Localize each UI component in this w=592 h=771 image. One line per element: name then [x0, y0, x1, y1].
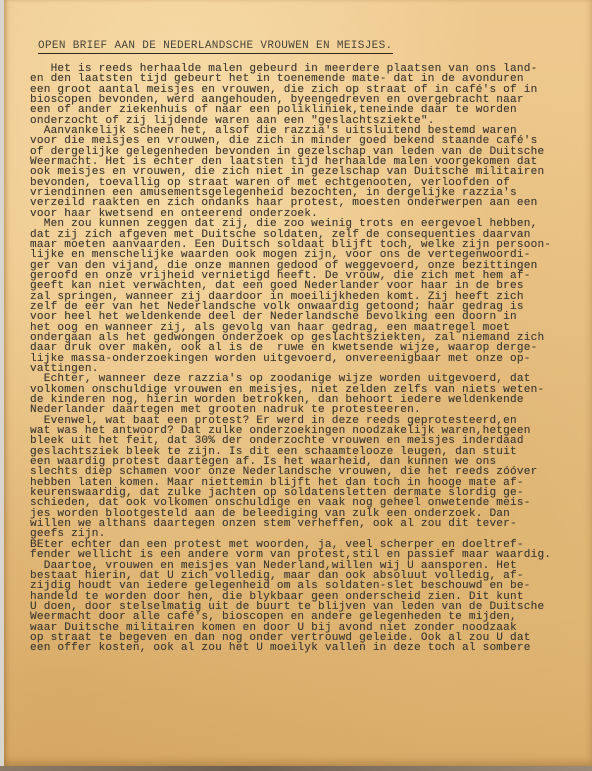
text-line: fender wellicht is een andere vorm van p… — [30, 550, 590, 560]
letter-title: OPEN BRIEF AAN DE NEDERLANDSCHE VROUWEN … — [38, 40, 393, 54]
letter-body: Het is reeds herhaalde malen gebeurd in … — [30, 64, 590, 654]
page-bottom-edge — [0, 766, 592, 771]
text-line: een offer kosten, ook al zou het U moeil… — [30, 643, 590, 653]
text-line: lijke massa-onderzoekingen worden uitgev… — [30, 354, 590, 364]
text-line: Weermacht door alle café's, bioscopen en… — [30, 612, 590, 622]
text-line: zijdig houdt van iedere gelegenheid om a… — [30, 581, 590, 591]
text-line: lijke en menschelijke waarden ook mogen … — [30, 250, 590, 260]
text-line: willen we althans daartegen onzen stem v… — [30, 519, 590, 529]
text-line: Men zou kunnen zeggen dat zij, die zoo w… — [30, 219, 590, 229]
typewritten-letter-page: OPEN BRIEF AAN DE NEDERLANDSCHE VROUWEN … — [4, 0, 592, 768]
text-line: geeft kan niet verwachten, dat een goed … — [30, 281, 590, 291]
